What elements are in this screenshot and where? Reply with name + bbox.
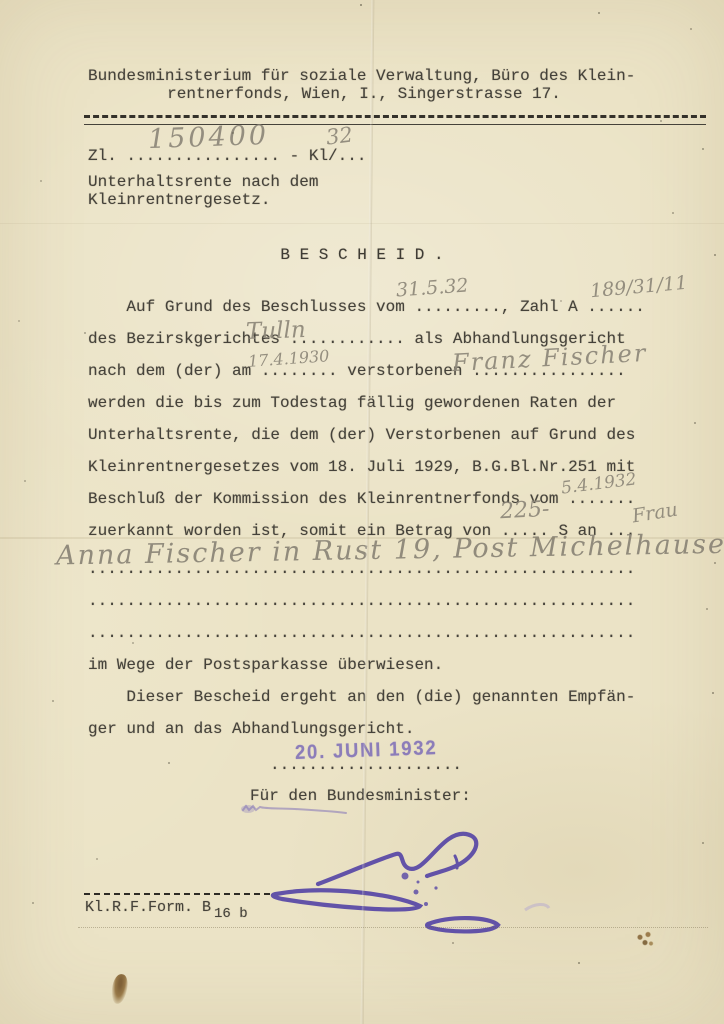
form-number-suffix: 16 b	[214, 906, 248, 922]
paper-stain	[634, 930, 654, 948]
handwritten-reference-number: 150400	[147, 120, 269, 155]
signature-icon	[230, 812, 570, 947]
form-number: Kl.R.F.Form. B	[85, 899, 211, 916]
paper-specks	[0, 0, 2, 2]
handwritten-court-name: Tulln	[246, 317, 307, 345]
body-line: Unterhaltsrente, die dem (der) Verstorbe…	[88, 419, 708, 451]
body-line: Dieser Bescheid ergeht an den (die) gena…	[88, 681, 708, 713]
body-line: werden die bis zum Todestag fällig gewor…	[88, 387, 708, 419]
dotted-fill-line: ........................................…	[88, 617, 708, 649]
paper-stain	[110, 973, 129, 1005]
subject-block: Unterhaltsrente nach dem Kleinrentnerges…	[88, 174, 318, 209]
document-scan: Bundesministerium für soziale Verwaltung…	[0, 0, 724, 1024]
footer-rule	[84, 893, 270, 895]
dotted-fill-line: ........................................…	[88, 585, 708, 617]
subject-line-1: Unterhaltsrente nach dem	[88, 174, 318, 192]
decision-title: B E S C H E I D .	[0, 246, 724, 264]
horizontal-fold-crease	[0, 223, 724, 224]
letterhead-line-1: Bundesministerium für soziale Verwaltung…	[88, 68, 640, 86]
handwritten-amount: 225-	[499, 497, 550, 525]
subject-line-2: Kleinrentnergesetz.	[88, 192, 318, 210]
letterhead: Bundesministerium für soziale Verwaltung…	[88, 68, 640, 103]
handwritten-kl-number: 32	[325, 122, 354, 149]
body-line: im Wege der Postsparkasse überwiesen.	[88, 649, 708, 681]
letterhead-line-2: rentnerfonds, Wien, I., Singerstrasse 17…	[88, 86, 640, 104]
